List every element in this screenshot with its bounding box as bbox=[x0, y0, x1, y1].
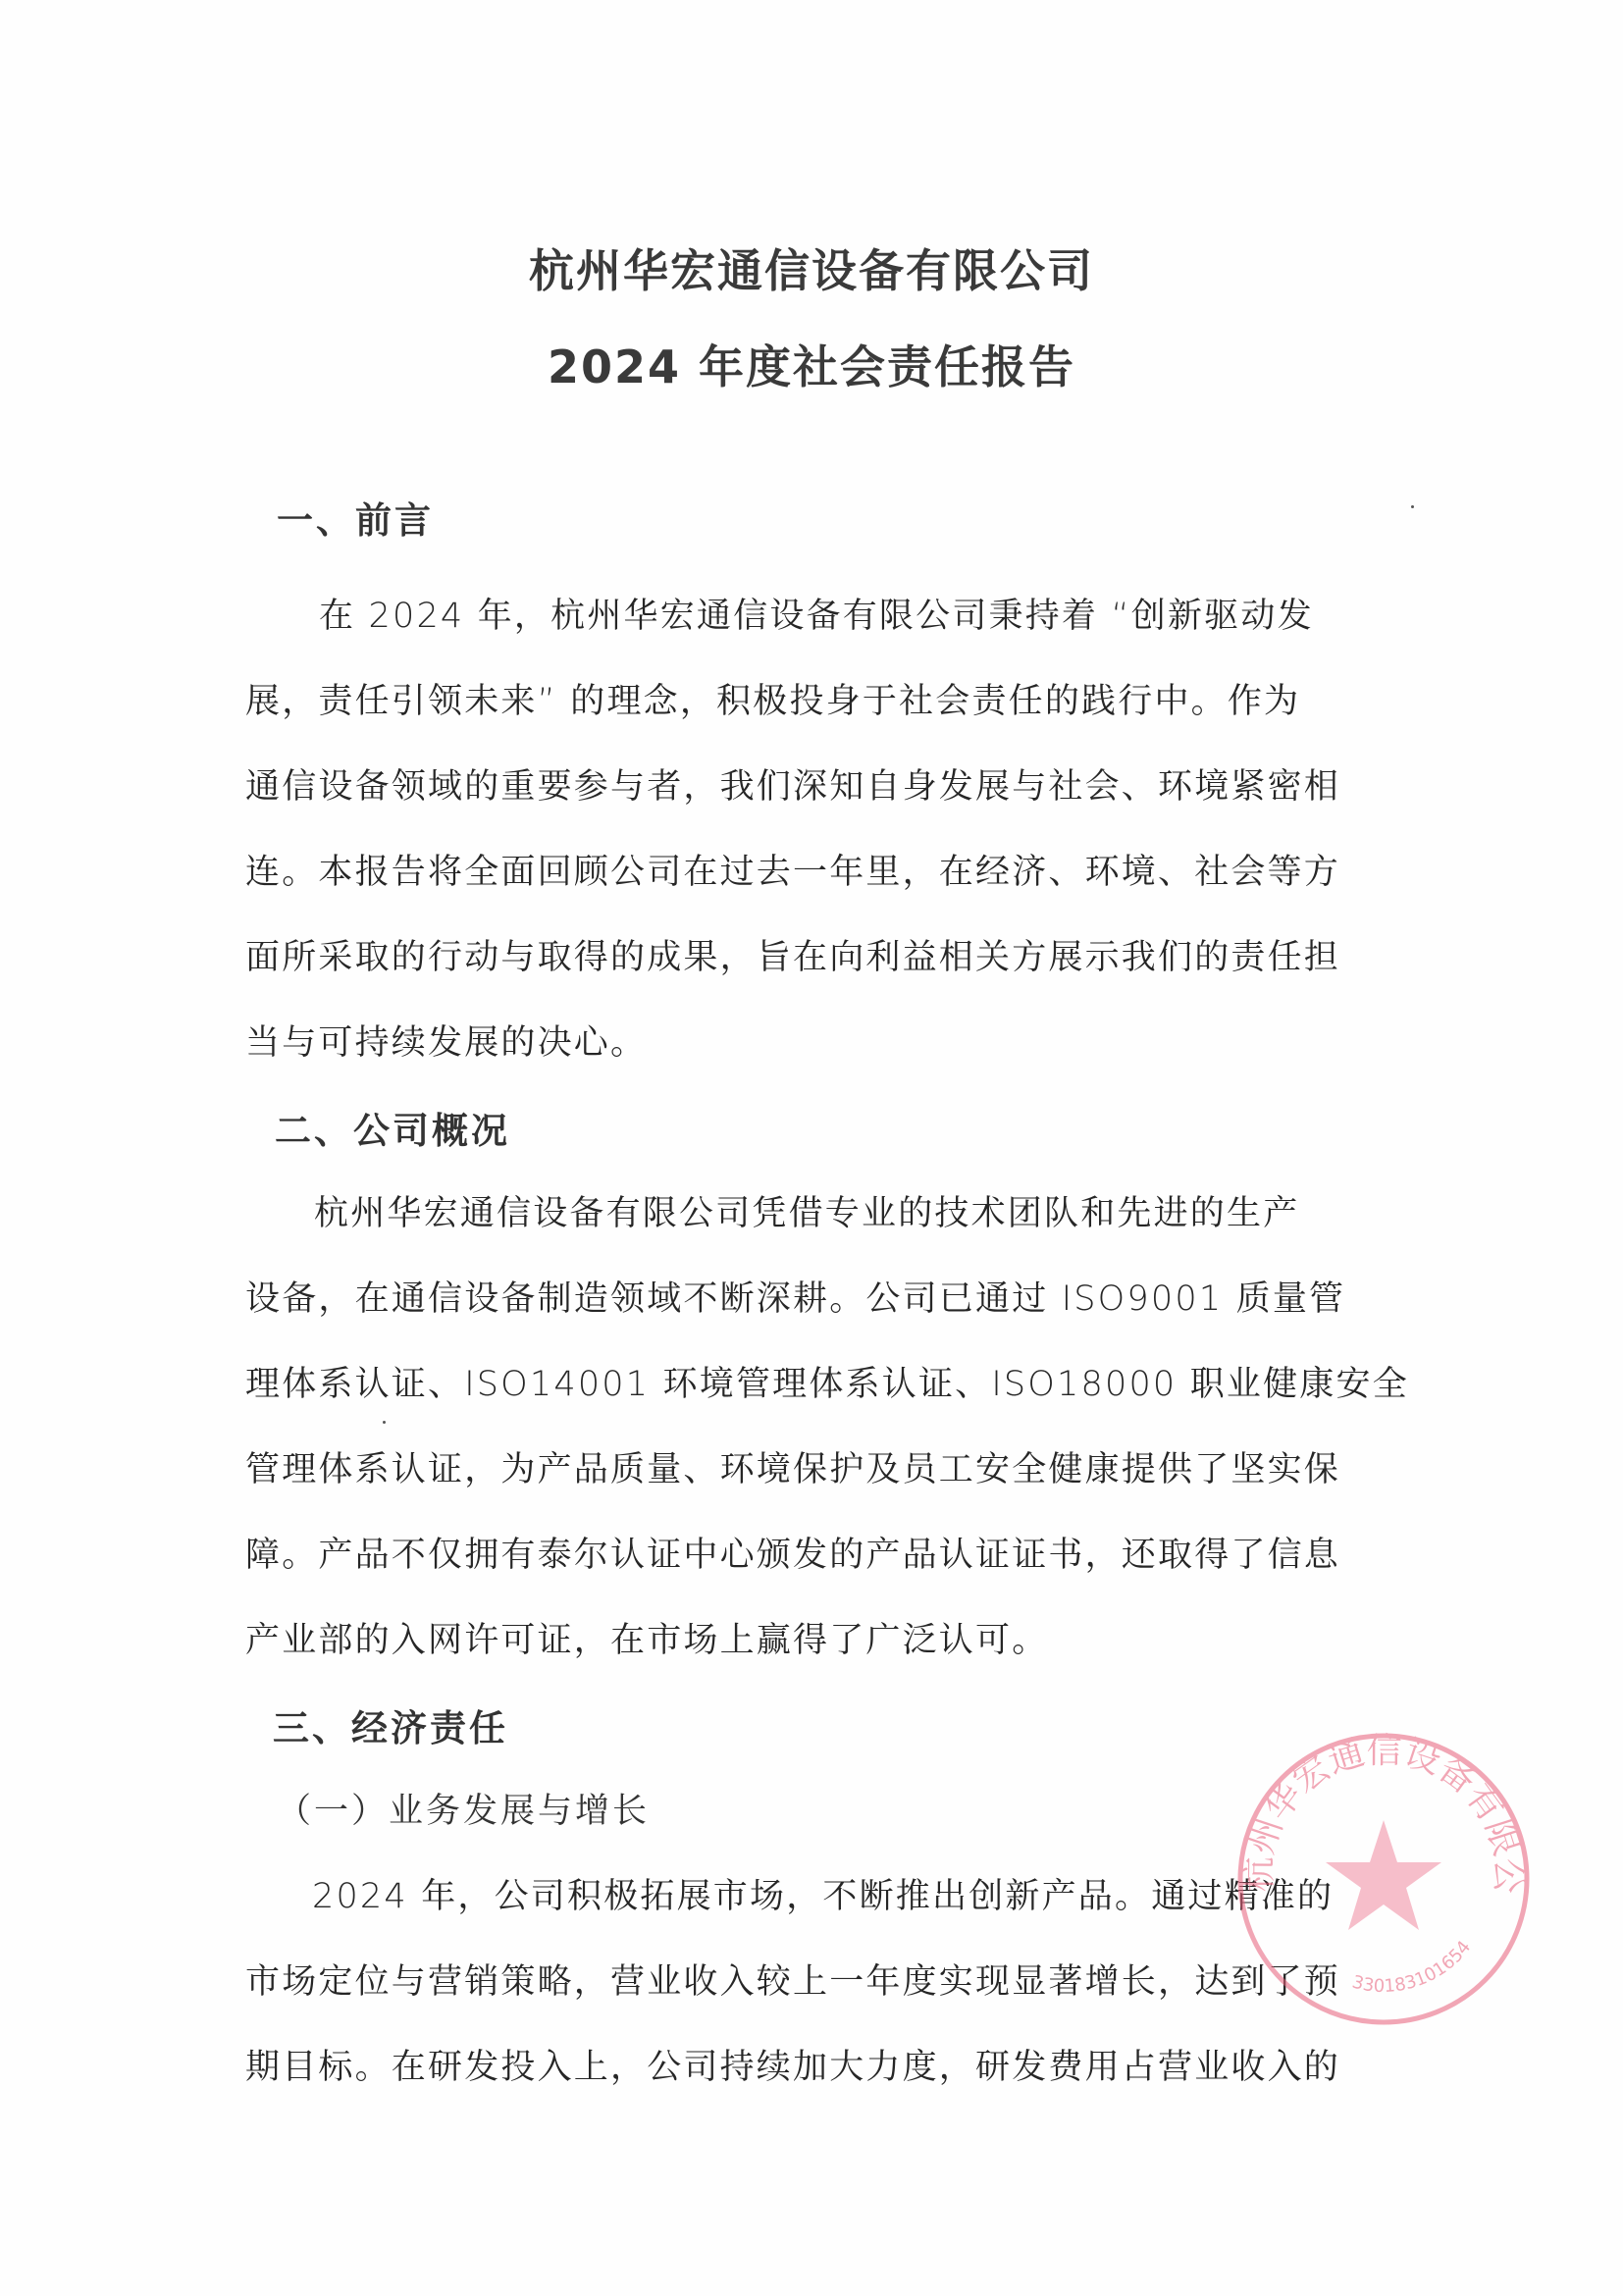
section-heading-company-overview: 二、公司概况 bbox=[275, 1101, 510, 1154]
paragraph-line: 理体系认证、ISO14001 环境管理体系认证、ISO18000 职业健康安全 bbox=[245, 1357, 1409, 1406]
subsection-heading-business-growth: （一）业务发展与增长 bbox=[277, 1784, 650, 1833]
document-page: 杭州华宏通信设备有限公司 2024 年度社会责任报告 一、前言 在 2024 年… bbox=[0, 0, 1623, 2296]
paragraph-line: 障。产品不仅拥有泰尔认证中心颁发的产品认证证书，还取得了信息 bbox=[245, 1528, 1340, 1577]
paragraph-line: 设备，在通信设备制造领域不断深耕。公司已通过 ISO9001 质量管 bbox=[245, 1272, 1345, 1321]
paragraph-line: 面所采取的行动与取得的成果，旨在向利益相关方展示我们的责任担 bbox=[245, 930, 1340, 979]
paragraph-line: 管理体系认证，为产品质量、环境保护及员工安全健康提供了坚实保 bbox=[245, 1442, 1340, 1491]
paragraph-line: 连。本报告将全面回顾公司在过去一年里，在经济、环境、社会等方 bbox=[245, 845, 1340, 894]
section-heading-economic-responsibility: 三、经济责任 bbox=[273, 1698, 508, 1751]
section-heading-preface: 一、前言 bbox=[277, 491, 434, 544]
seal-star-icon bbox=[1326, 1820, 1441, 1930]
paragraph-line: 期目标。在研发投入上，公司持续加大力度，研发费用占营业收入的 bbox=[245, 2040, 1340, 2089]
paragraph-line: 2024 年，公司积极拓展市场，不断推出创新产品。通过精准的 bbox=[312, 1869, 1334, 1918]
paragraph-line: 产业部的入网许可证，在市场上赢得了广泛认可。 bbox=[245, 1613, 1048, 1662]
paragraph-line: 通信设备领域的重要参与者，我们深知自身发展与社会、环境紧密相 bbox=[245, 759, 1340, 809]
scan-speck bbox=[383, 1421, 386, 1424]
paragraph-line: 展，责任引领未来” 的理念，积极投身于社会责任的践行中。作为 bbox=[245, 674, 1300, 723]
paragraph-line: 当与可持续发展的决心。 bbox=[245, 1016, 647, 1065]
scan-speck bbox=[1411, 505, 1414, 508]
document-title-report: 2024 年度社会责任报告 bbox=[0, 332, 1623, 396]
paragraph-line: 在 2024 年，杭州华宏通信设备有限公司秉持着 “创新驱动发 bbox=[319, 589, 1314, 638]
document-title-company: 杭州华宏通信设备有限公司 bbox=[0, 235, 1623, 300]
paragraph-line: 杭州华宏通信设备有限公司凭借专业的技术团队和先进的生产 bbox=[314, 1186, 1299, 1235]
paragraph-line: 市场定位与营销策略，营业收入较上一年度实现显著增长，达到了预 bbox=[245, 1955, 1340, 2004]
